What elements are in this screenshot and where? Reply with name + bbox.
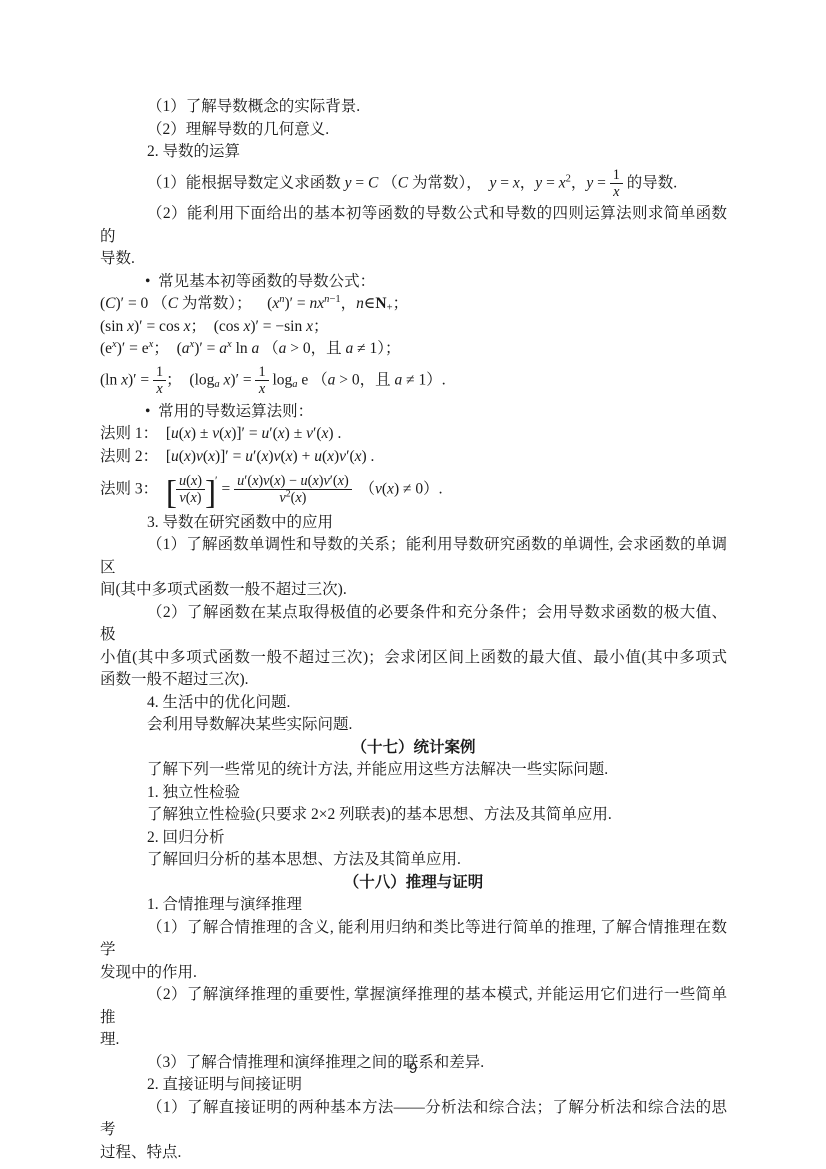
bullet-basic-formulas: • 常见基本初等函数的导数公式： (100, 271, 727, 294)
formula-log: (ln x)′ = 1x； (loga x)′ = 1x loga e （a >… (100, 361, 727, 401)
rule-1: 法则 1： [u(x) ± v(x)]′ = u′(x) ± v′(x) . (100, 423, 727, 446)
document-lines: （1）了解导数概念的实际背景.（2）理解导数的几何意义.2. 导数的运算（1）能… (100, 96, 727, 1164)
page-number: 9 (0, 1060, 826, 1077)
para-derivative-geometry: （2）理解导数的几何意义. (100, 119, 727, 142)
rule-3: 法则 3： [u(x)v(x)]′ = u′(x)v(x) − u(x)v′(x… (100, 468, 727, 512)
para-plausible-cont: 发现中的作用. (100, 962, 727, 985)
para-derivative-background: （1）了解导数概念的实际背景. (100, 96, 727, 119)
section-heading-18: （十八）推理与证明 (100, 872, 727, 895)
para-extrema-cont2: 函数一般不超过三次). (100, 669, 727, 692)
rule-2: 法则 2： [u(x)v(x)]′ = u′(x)v(x) + u(x)v′(x… (100, 446, 727, 469)
para-extrema-cont1: 小值(其中多项式函数一般不超过三次)；会求闭区间上函数的最大值、最小值(其中多项… (100, 647, 727, 670)
para-optimization: 会利用导数解决某些实际问题. (100, 714, 727, 737)
para-deductive-cont: 理. (100, 1029, 727, 1052)
document-page: （1）了解导数概念的实际背景.（2）理解导数的几何意义.2. 导数的运算（1）能… (0, 0, 826, 1169)
bullet-derivative-rules: • 常用的导数运算法则： (100, 401, 727, 424)
formula-exp: (ex)′ = ex； (ax)′ = ax ln a （a > 0，且 a ≠… (100, 338, 727, 361)
formula-sin-cos: (sin x)′ = cos x； (cos x)′ = −sin x； (100, 316, 727, 339)
para-regression: 了解回归分析的基本思想、方法及其简单应用. (100, 849, 727, 872)
item-regression: 2. 回归分析 (100, 827, 727, 850)
formula-constant-power: (C)′ = 0 （C 为常数）； (xn)′ = nxn−1，n∈N+； (100, 293, 727, 316)
para-deductive: （2）了解演绎推理的重要性, 掌握演绎推理的基本模式, 并能运用它们进行一些简单… (100, 984, 727, 1029)
para-plausible: （1）了解合情推理的含义, 能利用归纳和类比等进行简单的推理, 了解合情推理在数… (100, 917, 727, 962)
item-plausible-deductive: 1. 合情推理与演绎推理 (100, 894, 727, 917)
para-extrema: （2）了解函数在某点取得极值的必要条件和充分条件；会用导数求函数的极大值、极 (100, 602, 727, 647)
item-direct-indirect-proof: 2. 直接证明与间接证明 (100, 1074, 727, 1097)
item-independence-test: 1. 独立性检验 (100, 782, 727, 805)
item-optimization: 4. 生活中的优化问题. (100, 692, 727, 715)
para-derivative-formulas-intro-cont: 导数. (100, 248, 727, 271)
para-direct-proof: （1）了解直接证明的两种基本方法——分析法和综合法；了解分析法和综合法的思考 (100, 1097, 727, 1142)
para-monotonicity-cont: 间(其中多项式函数一般不超过三次). (100, 579, 727, 602)
item-derivative-operations: 2. 导数的运算 (100, 141, 727, 164)
para-statistics-intro: 了解下列一些常见的统计方法, 并能应用这些方法解决一些实际问题. (100, 759, 727, 782)
para-direct-proof-cont: 过程、特点. (100, 1142, 727, 1165)
para-derivative-definition: （1）能根据导数定义求函数 y = C （C 为常数）， y = x，y = x… (100, 164, 727, 204)
para-derivative-formulas-intro: （2）能利用下面给出的基本初等函数的导数公式和导数的四则运算法则求简单函数的 (100, 203, 727, 248)
para-monotonicity: （1）了解函数单调性和导数的关系；能利用导数研究函数的单调性, 会求函数的单调区 (100, 534, 727, 579)
para-independence-test: 了解独立性检验(只要求 2×2 列联表)的基本思想、方法及其简单应用. (100, 804, 727, 827)
section-heading-17: （十七）统计案例 (100, 737, 727, 760)
item-derivative-applications: 3. 导数在研究函数中的应用 (100, 512, 727, 535)
